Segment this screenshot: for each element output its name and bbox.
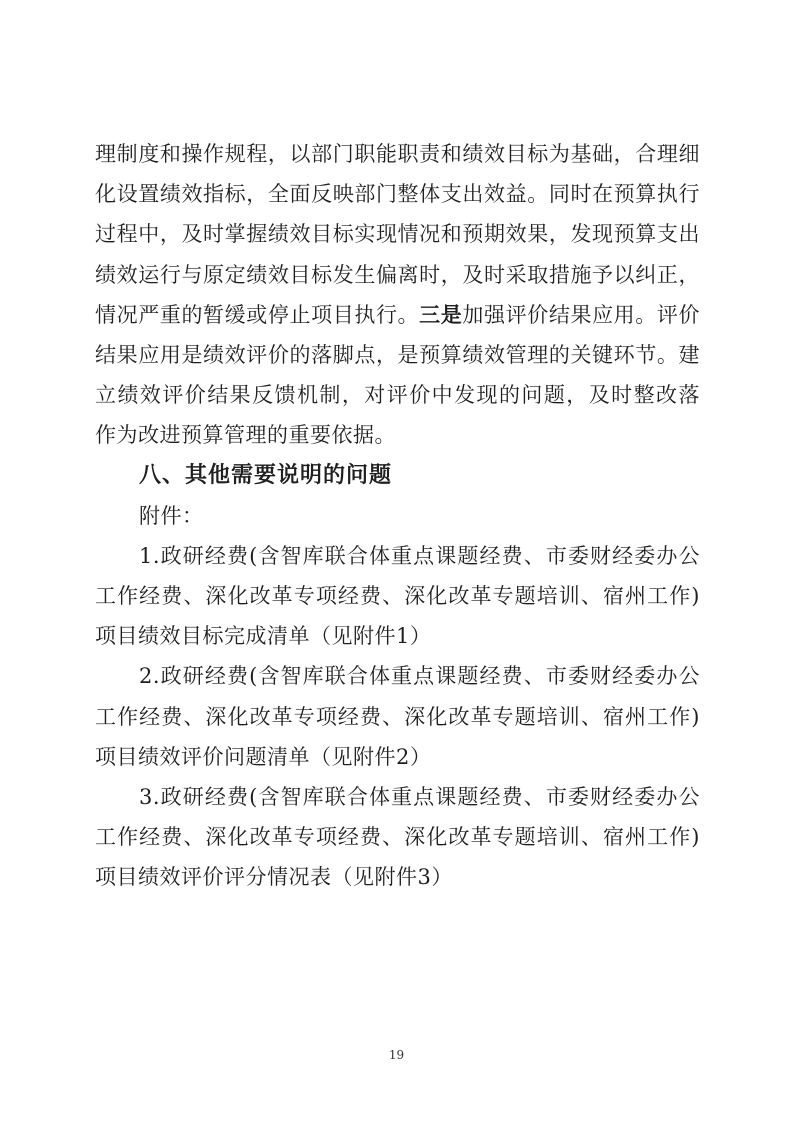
paragraph-line: 化设置绩效指标，全面反映部门整体支出效益。同时在预算执行 [95, 174, 700, 214]
paragraph-line-with-bold: 情况严重的暂缓或停止项目执行。三是加强评价结果应用。评价 [95, 295, 700, 335]
page-number: 19 [0, 1048, 793, 1062]
paragraph-line: 作为改进预算管理的重要依据。 [95, 415, 700, 455]
paragraph-text: 加强评价结果应用。评价 [462, 303, 700, 327]
attachment-item-line: 工作经费、深化改革专项经费、深化改革专题培训、宿州工作) [95, 697, 700, 737]
attachment-item-line: 项目绩效评价问题清单（见附件2） [95, 737, 700, 777]
bold-run-sanshi: 三是 [419, 302, 462, 327]
attachment-item-line: 工作经费、深化改革专项经费、深化改革专题培训、宿州工作) [95, 576, 700, 616]
body-text: 理制度和操作规程，以部门职能职责和绩效目标为基础，合理细 化设置绩效指标，全面反… [95, 134, 700, 898]
attachment-item-line: 3.政研经费(含智库联合体重点课题经费、市委财经委办公室 [95, 777, 700, 817]
attachment-item-line: 2.政研经费(含智库联合体重点课题经费、市委财经委办公室 [95, 656, 700, 696]
section-heading: 八、其他需要说明的问题 [95, 456, 700, 496]
paragraph-text: 情况严重的暂缓或停止项目执行。 [95, 303, 419, 327]
paragraph-line: 过程中，及时掌握绩效目标实现情况和预期效果，发现预算支出 [95, 214, 700, 254]
attachment-item-line: 项目绩效目标完成清单（见附件1） [95, 616, 700, 656]
attachment-item-line: 1.政研经费(含智库联合体重点课题经费、市委财经委办公室 [95, 536, 700, 576]
paragraph-line: 立绩效评价结果反馈机制，对评价中发现的问题，及时整改落实， [95, 375, 700, 415]
document-page: 理制度和操作规程，以部门职能职责和绩效目标为基础，合理细 化设置绩效指标，全面反… [0, 0, 793, 1122]
attachment-item-line: 项目绩效评价评分情况表（见附件3） [95, 857, 700, 897]
paragraph-line: 绩效运行与原定绩效目标发生偏离时，及时采取措施予以纠正， [95, 255, 700, 295]
attachment-item-line: 工作经费、深化改革专项经费、深化改革专题培训、宿州工作) [95, 817, 700, 857]
paragraph-line: 理制度和操作规程，以部门职能职责和绩效目标为基础，合理细 [95, 134, 700, 174]
attachments-label: 附件： [95, 496, 700, 536]
paragraph-line: 结果应用是绩效评价的落脚点，是预算绩效管理的关键环节。建 [95, 335, 700, 375]
